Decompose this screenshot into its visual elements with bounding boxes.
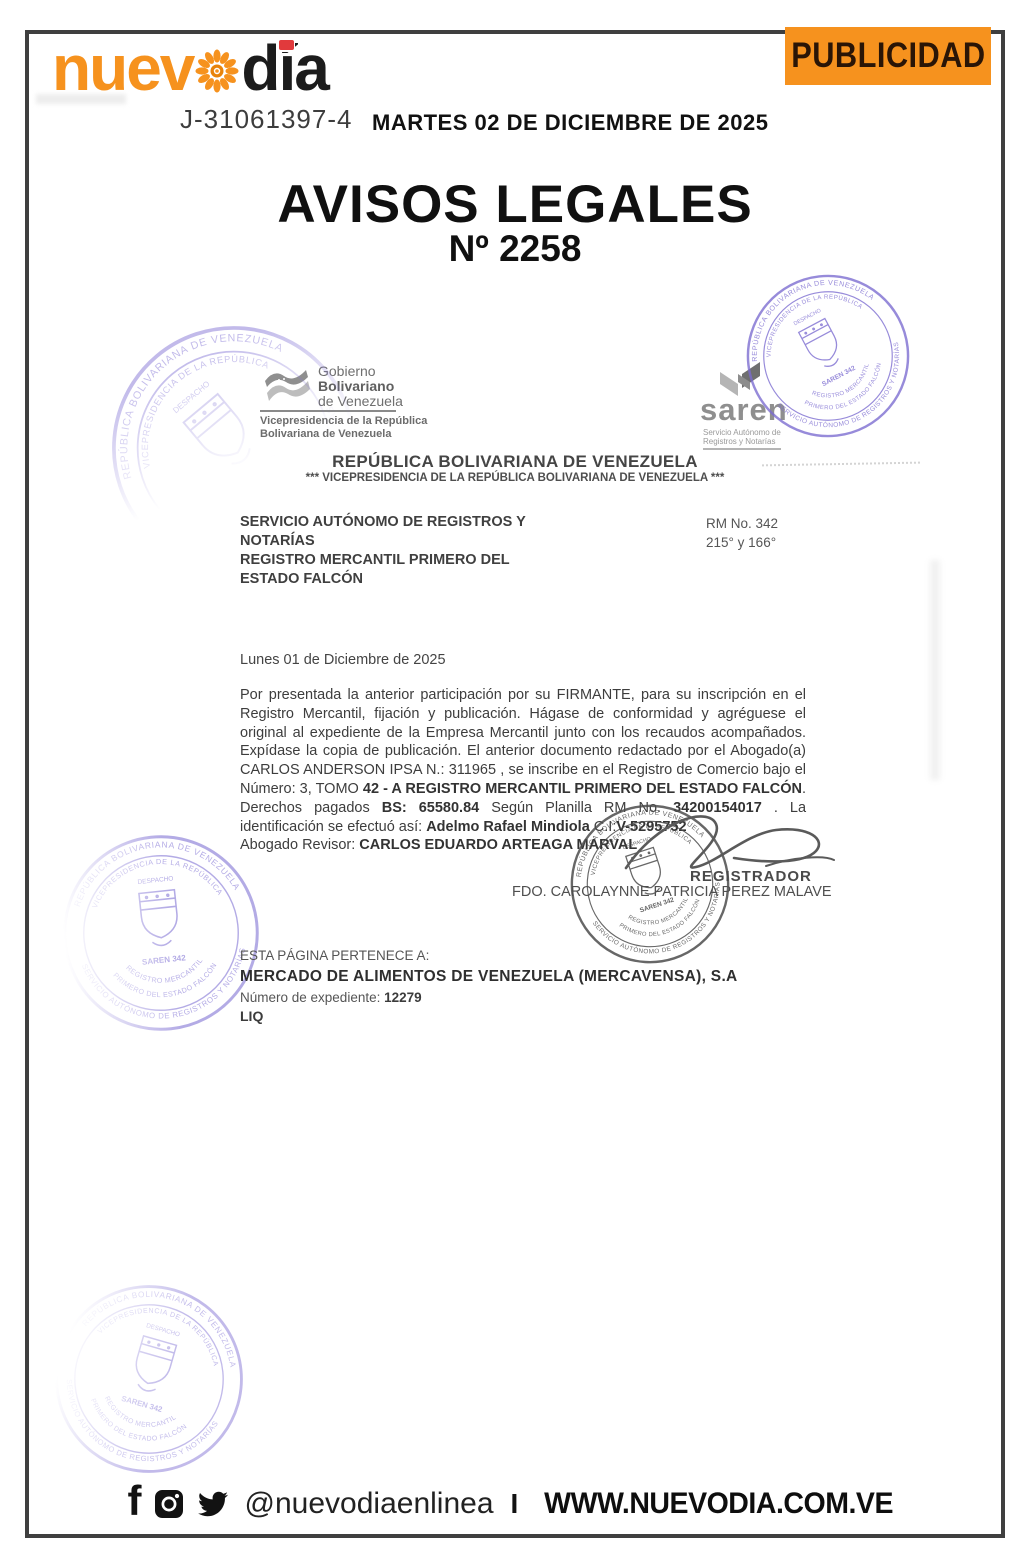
rm-number: RM No. 342 xyxy=(706,514,778,533)
scan-artifact xyxy=(930,560,940,780)
instagram-icon xyxy=(153,1488,185,1520)
saren-logo-subtitle: Servicio Autónomo de Registros y Notaría… xyxy=(703,428,781,450)
page-belongs-label: ESTA PÁGINA PERTENECE A: xyxy=(240,948,429,963)
sun-icon xyxy=(194,48,240,94)
nuevodia-logo: nuev día xyxy=(52,36,328,100)
signed-by-line: FDO. CAROLAYNNE PATRICIA PEREZ MALAVE xyxy=(512,884,832,900)
document-subheading: *** VICEPRESIDENCIA DE LA REPÚBLICA BOLI… xyxy=(25,472,1005,484)
registry-office-block: SERVICIO AUTÓNOMO DE REGISTROS Y NOTARÍA… xyxy=(240,513,526,589)
website-url: WWW.NUEVODIA.COM.VE xyxy=(544,1487,893,1521)
newspaper-legal-page: REPÚBLICA BOLIVARIANA DE VENEZUELA VICEP… xyxy=(0,0,1027,1550)
registrador-title: REGISTRADOR xyxy=(690,868,812,885)
liq-status: LIQ xyxy=(240,1008,263,1024)
expediente-line: Número de expediente: 12279 xyxy=(240,990,422,1005)
rm-reference-block: RM No. 342 215° y 166° xyxy=(706,514,778,552)
logo-text-orange: nuev xyxy=(52,32,193,104)
company-name: MERCADO DE ALIMENTOS DE VENEZUELA (MERCA… xyxy=(240,968,738,986)
social-handle: @nuevodiaenlinea xyxy=(245,1487,494,1521)
edition-date: MARTES 02 DE DICIEMBRE DE 2025 xyxy=(372,110,768,136)
logo-text-dark: día xyxy=(241,36,327,100)
twitter-icon xyxy=(196,1489,230,1519)
registry-stamp-faint-mid-left xyxy=(50,822,272,1044)
issue-date: Lunes 01 de Diciembre de 2025 xyxy=(240,652,446,668)
page-title: AVISOS LEGALES xyxy=(25,174,1005,235)
newspaper-footer: f @nuevodiaenlinea I WWW.NUEVODIA.COM.VE xyxy=(25,1478,1005,1530)
facebook-icon: f xyxy=(128,1480,142,1522)
publicidad-label: PUBLICIDAD xyxy=(791,36,985,76)
logo-red-accent xyxy=(279,40,294,50)
rm-degrees: 215° y 166° xyxy=(706,533,778,552)
publicidad-badge: PUBLICIDAD xyxy=(785,27,991,85)
footer-separator: I xyxy=(511,1488,519,1520)
publisher-rif: J-31061397-4 xyxy=(180,104,352,135)
